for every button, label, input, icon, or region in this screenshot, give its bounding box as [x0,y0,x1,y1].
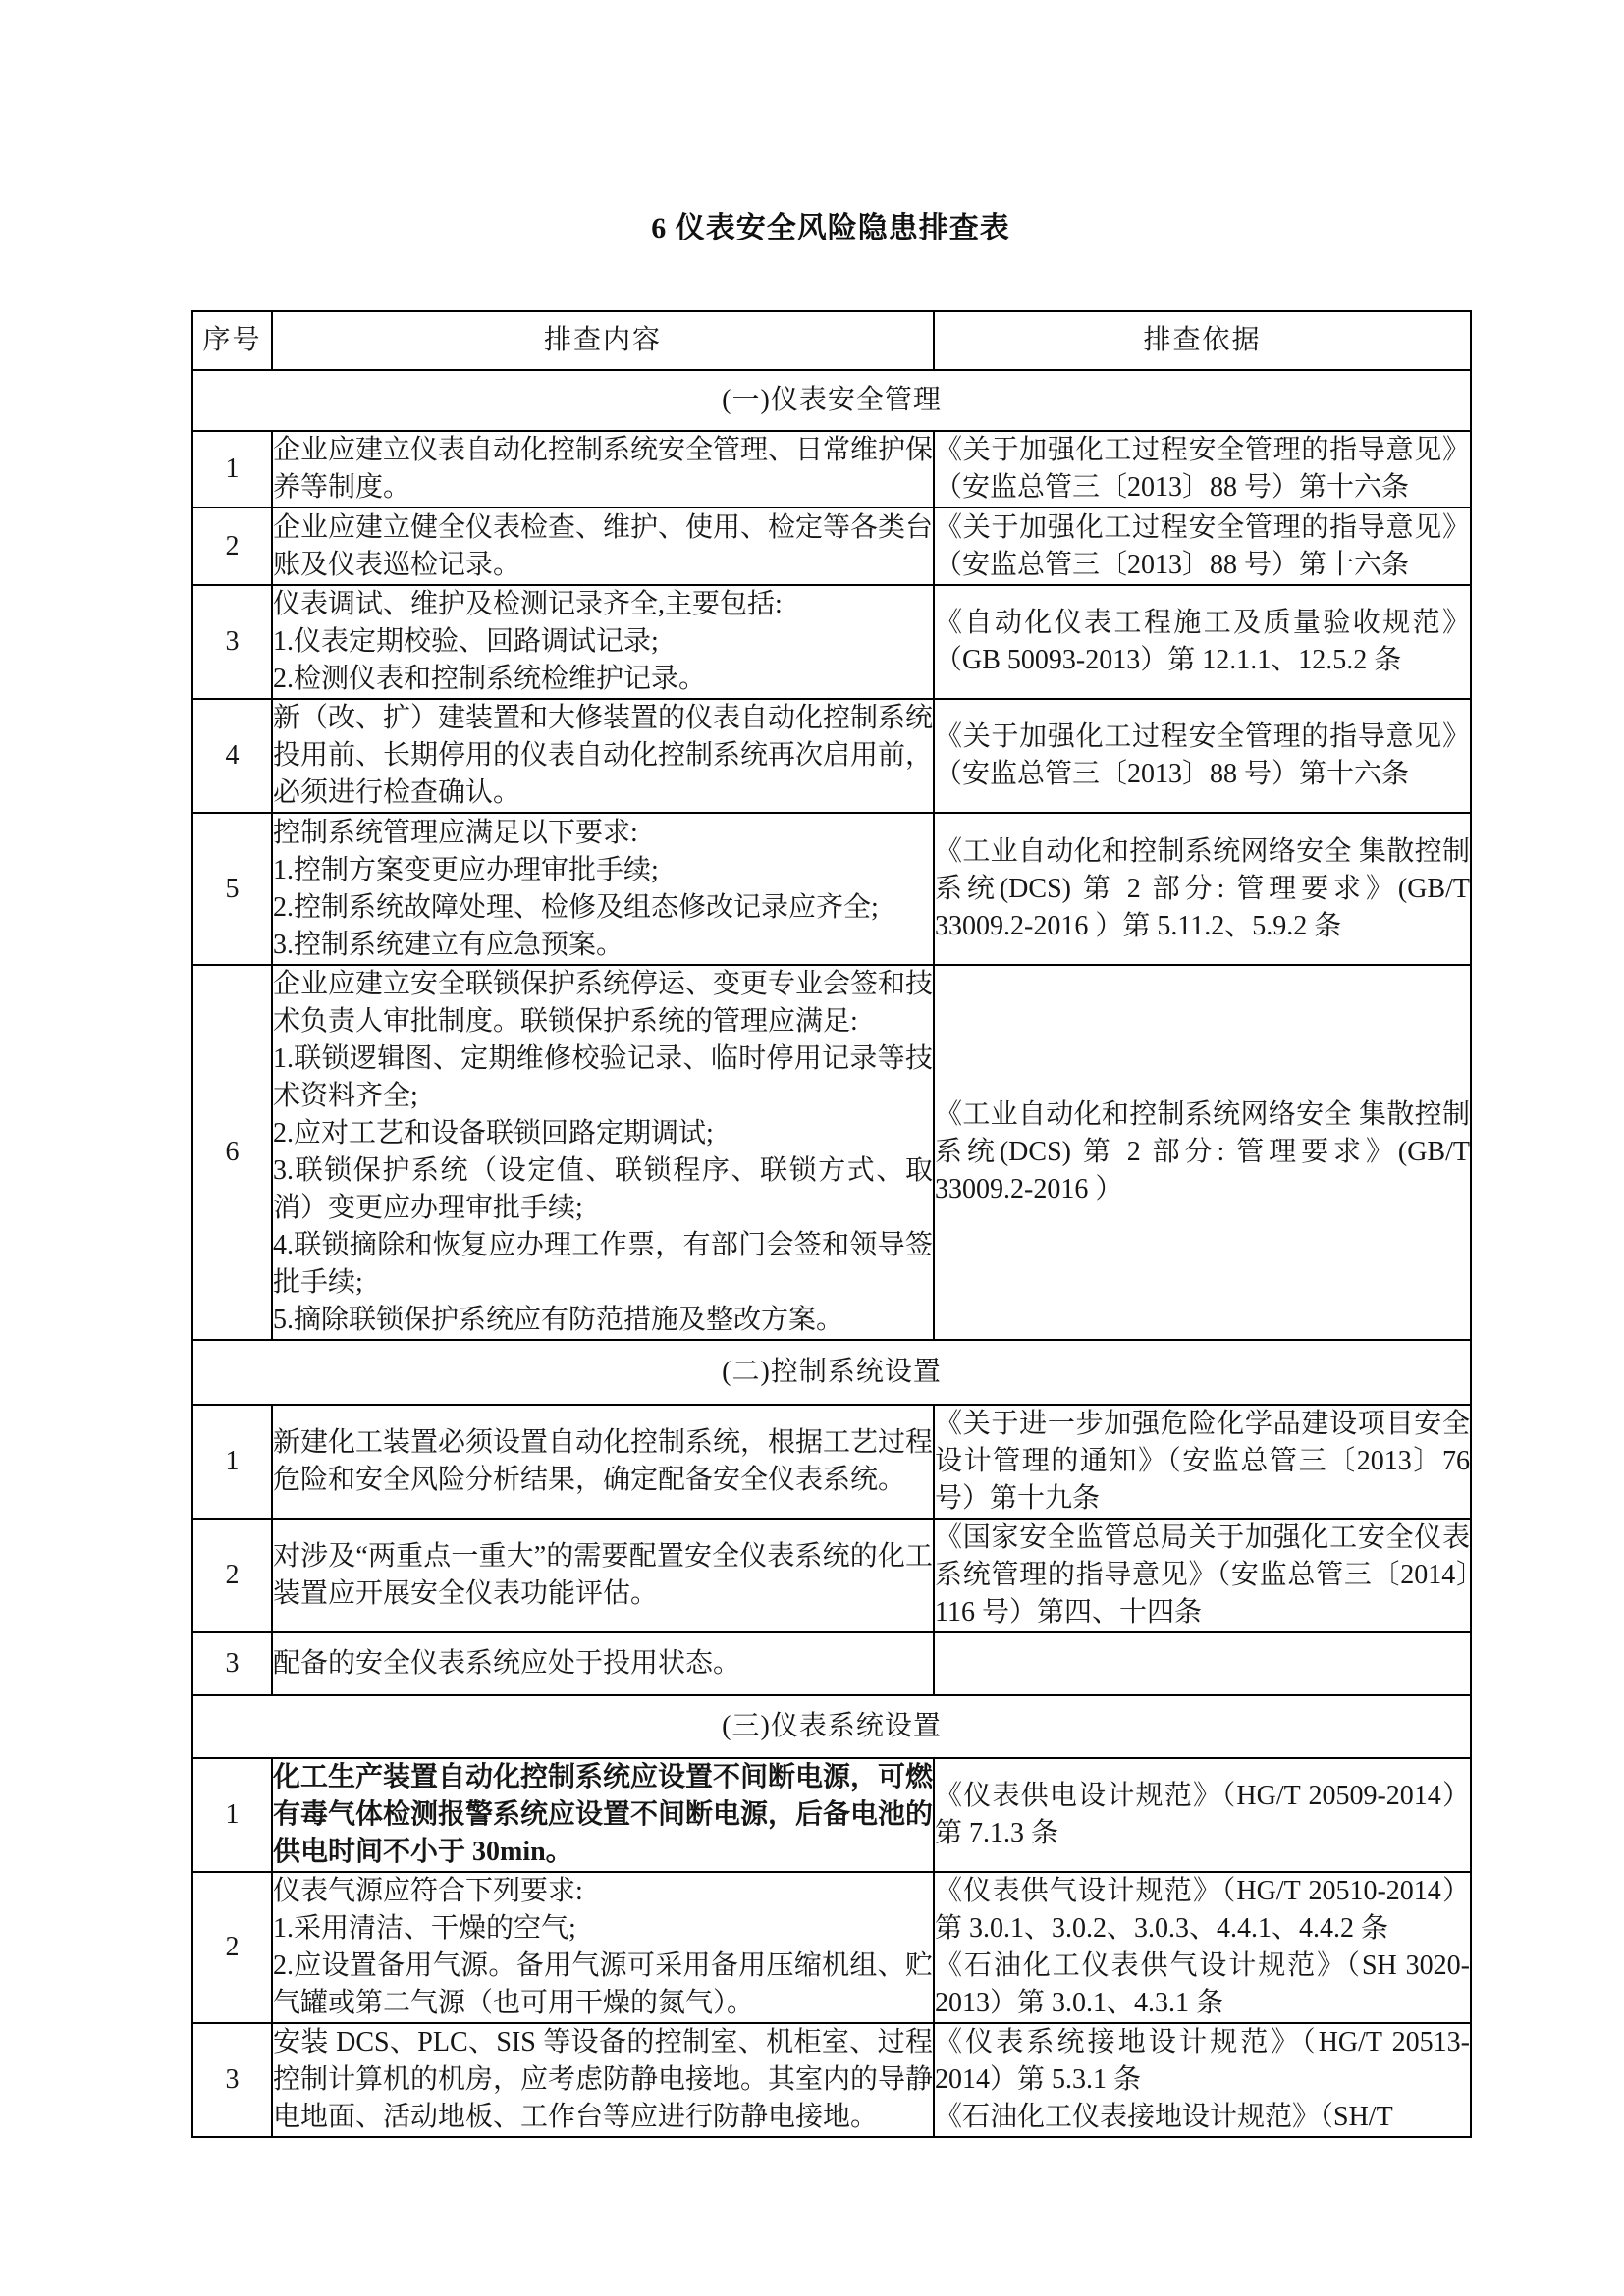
row-inspection-content: 新（改、扩）建装置和大修装置的仪表自动化控制系统投用前、长期停用的仪表自动化控制… [272,699,934,813]
table-row: 1企业应建立仪表自动化控制系统安全管理、日常维护保养等制度。《关于加强化工过程安… [192,431,1471,507]
table-row: 2企业应建立健全仪表检查、维护、使用、检定等各类台账及仪表巡检记录。《关于加强化… [192,507,1471,585]
row-inspection-content: 企业应建立安全联锁保护系统停运、变更专业会签和技术负责人审批制度。联锁保护系统的… [272,965,934,1340]
row-inspection-content: 控制系统管理应满足以下要求: 1.控制方案变更应办理审批手续; 2.控制系统故障… [272,813,934,965]
section-title: (一)仪表安全管理 [192,370,1471,431]
row-inspection-content: 仪表调试、维护及检测记录齐全,主要包括: 1.仪表定期校验、回路调试记录; 2.… [272,585,934,699]
header-inspection-content: 排查内容 [272,311,934,370]
row-number: 5 [192,813,272,965]
row-number: 2 [192,1519,272,1632]
row-inspection-content: 化工生产装置自动化控制系统应设置不间断电源，可燃有毒气体检测报警系统应设置不间断… [272,1758,934,1872]
section-header-row: (二)控制系统设置 [192,1340,1471,1405]
row-inspection-basis: 《关于加强化工过程安全管理的指导意见》（安监总管三〔2013〕88 号）第十六条 [934,507,1471,585]
section-header-row: (一)仪表安全管理 [192,370,1471,431]
table-row: 6企业应建立安全联锁保护系统停运、变更专业会签和技术负责人审批制度。联锁保护系统… [192,965,1471,1340]
row-inspection-basis: 《仪表供气设计规范》（HG/T 20510-2014）第 3.0.1、3.0.2… [934,1872,1471,2023]
row-inspection-basis: 《仪表供电设计规范》（HG/T 20509-2014）第 7.1.3 条 [934,1758,1471,1872]
table-row: 1新建化工装置必须设置自动化控制系统，根据工艺过程危险和安全风险分析结果，确定配… [192,1405,1471,1519]
row-inspection-basis: 《国家安全监管总局关于加强化工安全仪表系统管理的指导意见》（安监总管三〔2014… [934,1519,1471,1632]
row-number: 1 [192,1405,272,1519]
row-inspection-content: 配备的安全仪表系统应处于投用状态。 [272,1632,934,1695]
row-number: 2 [192,507,272,585]
row-number: 3 [192,585,272,699]
table-header-row: 序号 排查内容 排查依据 [192,311,1471,370]
row-inspection-basis: 《自动化仪表工程施工及质量验收规范》（GB 50093-2013）第 12.1.… [934,585,1471,699]
row-inspection-content: 新建化工装置必须设置自动化控制系统，根据工艺过程危险和安全风险分析结果，确定配备… [272,1405,934,1519]
table-row: 3配备的安全仪表系统应处于投用状态。 [192,1632,1471,1695]
row-inspection-content: 企业应建立健全仪表检查、维护、使用、检定等各类台账及仪表巡检记录。 [272,507,934,585]
row-inspection-content: 仪表气源应符合下列要求: 1.采用清洁、干燥的空气; 2.应设置备用气源。备用气… [272,1872,934,2023]
table-row: 3安装 DCS、PLC、SIS 等设备的控制室、机柜室、过程控制计算机的机房，应… [192,2023,1471,2137]
row-number: 3 [192,1632,272,1695]
row-number: 4 [192,699,272,813]
row-inspection-content: 对涉及“两重点一重大”的需要配置安全仪表系统的化工装置应开展安全仪表功能评估。 [272,1519,934,1632]
row-number: 2 [192,1872,272,2023]
table-row: 2仪表气源应符合下列要求: 1.采用清洁、干燥的空气; 2.应设置备用气源。备用… [192,1872,1471,2023]
table-row: 3仪表调试、维护及检测记录齐全,主要包括: 1.仪表定期校验、回路调试记录; 2… [192,585,1471,699]
section-title: (三)仪表系统设置 [192,1695,1471,1758]
row-inspection-basis: 《工业自动化和控制系统网络安全 集散控制系统(DCS) 第 2 部分: 管理要求… [934,813,1471,965]
row-inspection-basis: 《关于加强化工过程安全管理的指导意见》（安监总管三〔2013〕88 号）第十六条 [934,431,1471,507]
row-number: 1 [192,1758,272,1872]
table-row: 2对涉及“两重点一重大”的需要配置安全仪表系统的化工装置应开展安全仪表功能评估。… [192,1519,1471,1632]
header-seq-no: 序号 [192,311,272,370]
row-number: 3 [192,2023,272,2137]
row-inspection-basis: 《关于加强化工过程安全管理的指导意见》（安监总管三〔2013〕88 号）第十六条 [934,699,1471,813]
row-inspection-content: 企业应建立仪表自动化控制系统安全管理、日常维护保养等制度。 [272,431,934,507]
row-number: 1 [192,431,272,507]
row-number: 6 [192,965,272,1340]
table-row: 4新（改、扩）建装置和大修装置的仪表自动化控制系统投用前、长期停用的仪表自动化控… [192,699,1471,813]
page-title: 6 仪表安全风险隐患排查表 [191,210,1470,247]
inspection-table: 序号 排查内容 排查依据 (一)仪表安全管理1企业应建立仪表自动化控制系统安全管… [191,310,1472,2138]
table-row: 1化工生产装置自动化控制系统应设置不间断电源，可燃有毒气体检测报警系统应设置不间… [192,1758,1471,1872]
section-header-row: (三)仪表系统设置 [192,1695,1471,1758]
row-inspection-content: 安装 DCS、PLC、SIS 等设备的控制室、机柜室、过程控制计算机的机房，应考… [272,2023,934,2137]
row-inspection-basis: 《关于进一步加强危险化学品建设项目安全设计管理的通知》（安监总管三〔2013〕7… [934,1405,1471,1519]
row-inspection-basis: 《仪表系统接地设计规范》（HG/T 20513-2014）第 5.3.1 条 《… [934,2023,1471,2137]
table-row: 5控制系统管理应满足以下要求: 1.控制方案变更应办理审批手续; 2.控制系统故… [192,813,1471,965]
section-title: (二)控制系统设置 [192,1340,1471,1405]
document-page: 6 仪表安全风险隐患排查表 序号 排查内容 排查依据 (一)仪表安全管理1企业应… [191,0,1470,2138]
row-inspection-basis: 《工业自动化和控制系统网络安全 集散控制系统(DCS) 第 2 部分: 管理要求… [934,965,1471,1340]
row-inspection-basis [934,1632,1471,1695]
header-inspection-basis: 排查依据 [934,311,1471,370]
